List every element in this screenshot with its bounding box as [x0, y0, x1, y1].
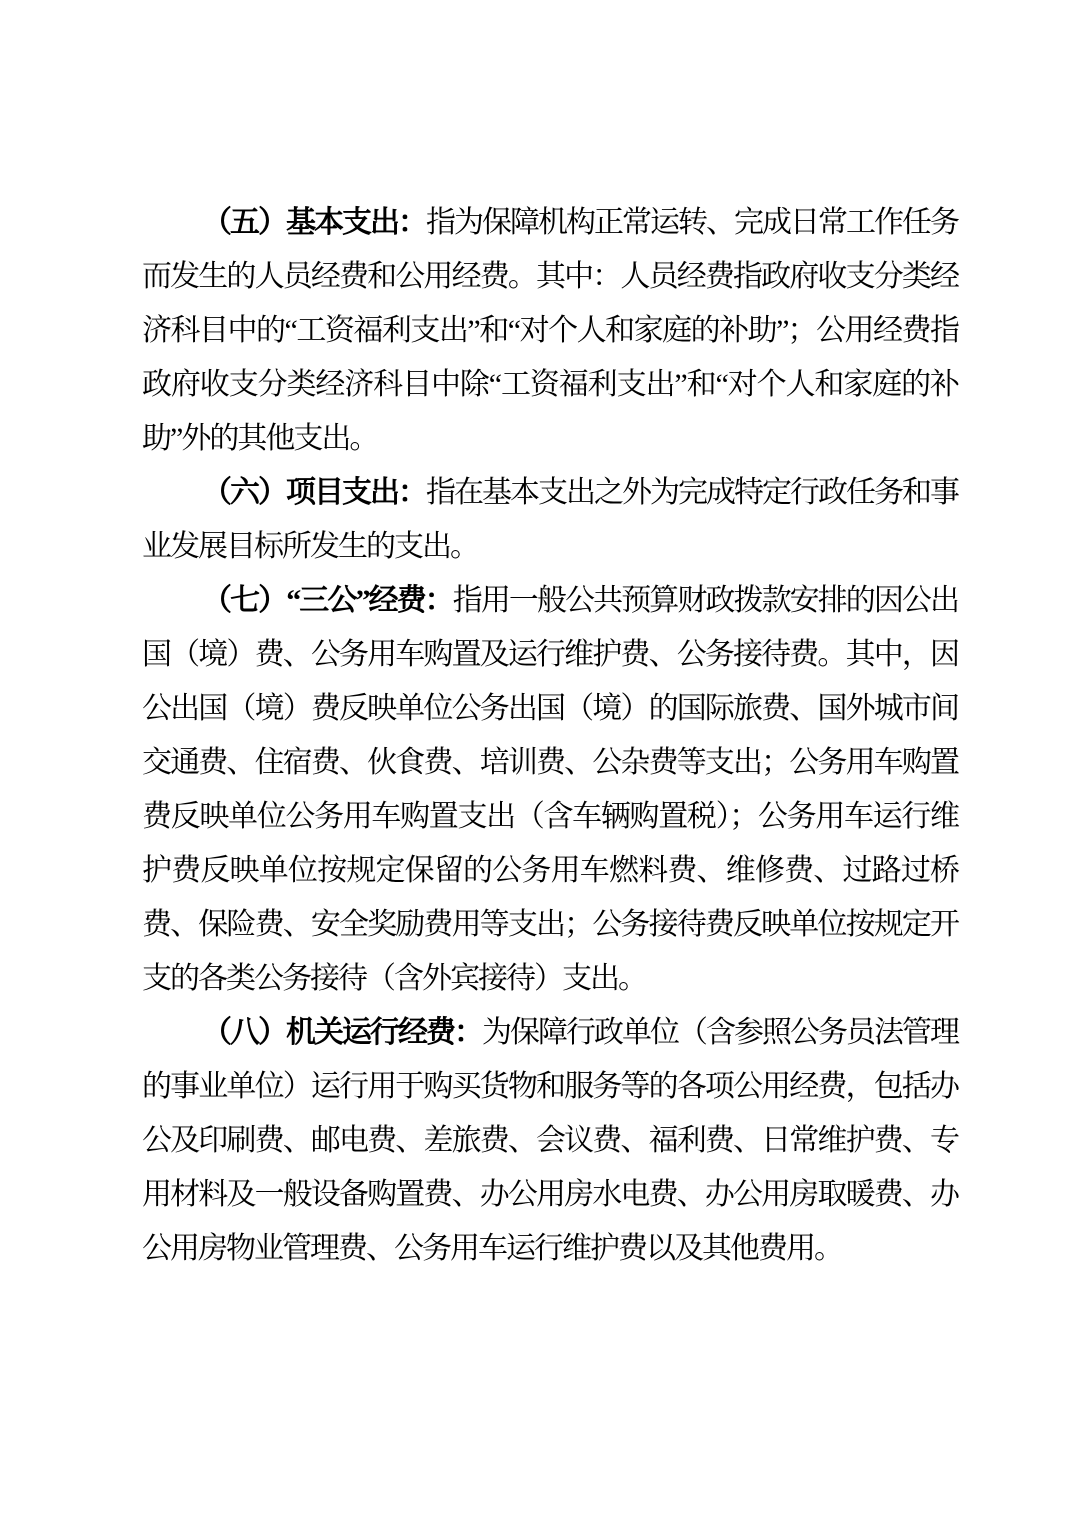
paragraph-project-expenditure-heading: （六）项目支出：	[202, 476, 426, 509]
paragraph-agency-operating-costs-heading: （八）机关运行经费：	[202, 1016, 482, 1049]
document-page: （五）基本支出：指为保障机构正常运转、完成日常工作任务而发生的人员经费和公用经费…	[0, 0, 1075, 1521]
paragraph-basic-expenditure-heading: （五）基本支出：	[202, 206, 426, 239]
paragraph-basic-expenditure: （五）基本支出：指为保障机构正常运转、完成日常工作任务而发生的人员经费和公用经费…	[142, 196, 958, 466]
document-content: （五）基本支出：指为保障机构正常运转、完成日常工作任务而发生的人员经费和公用经费…	[0, 0, 1075, 1276]
paragraph-agency-operating-costs-body: 为保障行政单位（含参照公务员法管理的事业单位）运行用于购买货物和服务等的各项公用…	[142, 1016, 958, 1265]
paragraph-three-public-funds-heading: （七）“三公”经费：	[202, 584, 453, 617]
paragraph-three-public-funds: （七）“三公”经费：指用一般公共预算财政拨款安排的因公出国（境）费、公务用车购置…	[142, 574, 958, 1006]
paragraph-basic-expenditure-body: 指为保障机构正常运转、完成日常工作任务而发生的人员经费和公用经费。其中：人员经费…	[142, 206, 958, 455]
paragraph-project-expenditure: （六）项目支出：指在基本支出之外为完成特定行政任务和事业发展目标所发生的支出。	[142, 466, 958, 574]
paragraph-three-public-funds-body: 指用一般公共预算财政拨款安排的因公出国（境）费、公务用车购置及运行维护费、公务接…	[142, 584, 958, 995]
paragraph-agency-operating-costs: （八）机关运行经费：为保障行政单位（含参照公务员法管理的事业单位）运行用于购买货…	[142, 1006, 958, 1276]
